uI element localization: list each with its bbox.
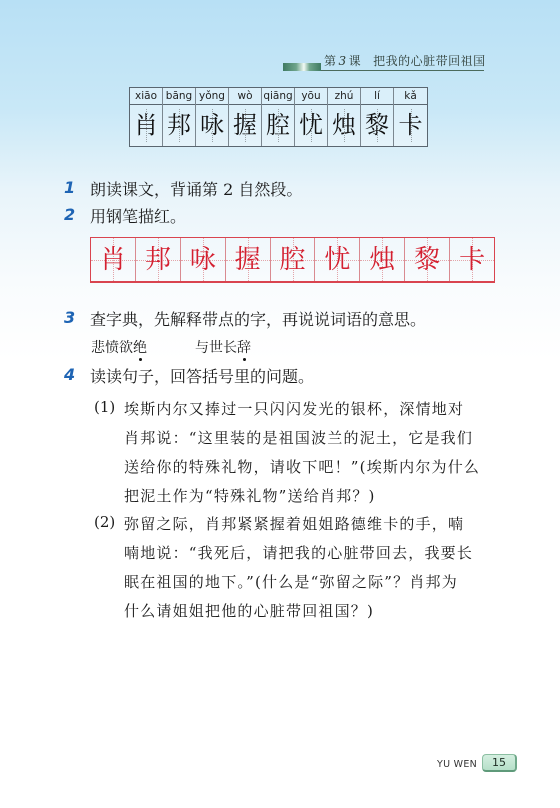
pinyin-text: bāng [163, 88, 195, 105]
pinyin-character-table: xiāo肖 bāng邦 yǒng咏 wò握 qiāng腔 yōu忧 zhú烛 l… [129, 87, 428, 147]
tracing-cell: 黎 [405, 238, 450, 281]
tracing-cell: 烛 [360, 238, 405, 281]
lesson-prefix: 第 [324, 54, 337, 68]
exercise-text-3: 查字典，先解释带点的字，再说说词语的意思。 [90, 307, 426, 330]
tracing-char: 忧 [324, 245, 350, 275]
exercise-number-2: 2 [64, 205, 75, 224]
tracing-cell: 卡 [450, 238, 494, 281]
tracing-char: 卡 [459, 245, 485, 275]
word-2: 与世长辞 [195, 337, 251, 357]
tracing-cell: 邦 [136, 238, 181, 281]
pinyin-text: yōu [295, 88, 327, 105]
pinyin-cell: yōu忧 [295, 88, 328, 146]
word-1-prefix: 悲愤欲 [91, 340, 133, 356]
character-text: 黎 [361, 105, 393, 146]
pinyin-text: yǒng [196, 88, 228, 105]
sub-item-2-line-1: 弥留之际，肖邦紧紧握着姐姐路德维卡的手，喃 [124, 513, 464, 534]
pinyin-text: wò [229, 88, 261, 105]
lesson-header: 第3课把我的心脏带回祖国 [324, 52, 486, 69]
pinyin-cell: qiāng腔 [262, 88, 295, 146]
word-2-dotted-char: 辞 [237, 340, 251, 356]
pinyin-cell: bāng邦 [163, 88, 196, 146]
exercise-number-4: 4 [64, 365, 75, 384]
sub-item-1-line-4: 把泥土作为“特殊礼物”送给肖邦？) [124, 485, 376, 506]
word-1: 悲愤欲绝 [91, 337, 147, 357]
pinyin-cell: zhú烛 [328, 88, 361, 146]
character-text: 腔 [262, 105, 294, 146]
sub-item-1-line-2: 肖邦说：“这里装的是祖国波兰的泥土，它是我们 [124, 427, 473, 448]
sub-item-1-line-1: 埃斯内尔又捧过一只闪闪发光的银杯，深情地对 [124, 398, 464, 419]
character-text: 烛 [328, 105, 360, 146]
lesson-title: 把我的心脏带回祖国 [373, 54, 486, 68]
pinyin-cell: wò握 [229, 88, 262, 146]
pinyin-cell: yǒng咏 [196, 88, 229, 146]
tracing-cell: 咏 [181, 238, 226, 281]
tracing-char: 肖 [100, 245, 126, 275]
sub-item-label-2: (2) [94, 513, 115, 531]
tracing-char: 邦 [145, 245, 171, 275]
pinyin-text: qiāng [262, 88, 294, 105]
pinyin-text: xiāo [130, 88, 162, 105]
tracing-char: 握 [235, 245, 261, 275]
tracing-grid: 肖 邦 咏 握 腔 忧 烛 黎 卡 [90, 237, 495, 283]
word-1-dotted-char: 绝 [133, 340, 147, 356]
word-2-prefix: 与世长 [195, 340, 237, 356]
lesson-number: 3 [339, 54, 347, 68]
character-text: 肖 [130, 105, 162, 146]
header-decorative-bar [283, 63, 321, 71]
pinyin-text: zhú [328, 88, 360, 105]
tracing-cell: 肖 [91, 238, 136, 281]
exercise-text-4: 读读句子，回答括号里的问题。 [90, 364, 314, 387]
sub-item-1-line-3: 送给你的特殊礼物，请收下吧！”(埃斯内尔为什么 [124, 456, 480, 477]
tracing-char: 咏 [190, 245, 216, 275]
sub-item-2-line-4: 什么请姐姐把他的心脏带回祖国？) [124, 600, 374, 621]
exercise-number-1: 1 [64, 178, 75, 197]
sub-item-label-1: (1) [94, 398, 115, 416]
character-text: 咏 [196, 105, 228, 146]
lesson-suffix: 课 [349, 54, 362, 68]
pinyin-cell: kǎ卡 [394, 88, 427, 146]
pinyin-text: lí [361, 88, 393, 105]
pinyin-cell: xiāo肖 [130, 88, 163, 146]
tracing-cell: 握 [226, 238, 271, 281]
header-underline [321, 70, 484, 71]
subject-label: YU WEN [437, 759, 477, 770]
exercise-text-2: 用钢笔描红。 [90, 204, 186, 227]
sub-item-2-line-3: 眠在祖国的地下。”(什么是“弥留之际”？肖邦为 [124, 571, 458, 592]
tracing-cell: 忧 [315, 238, 360, 281]
character-text: 卡 [394, 105, 427, 146]
tracing-cell: 腔 [271, 238, 316, 281]
character-text: 忧 [295, 105, 327, 146]
tracing-char: 烛 [369, 245, 395, 275]
character-text: 邦 [163, 105, 195, 146]
tracing-char: 黎 [414, 245, 440, 275]
sub-item-2-line-2: 喃地说：“我死后，请把我的心脏带回去，我要长 [124, 542, 473, 563]
tracing-char: 腔 [280, 245, 306, 275]
exercise-text-1: 朗读课文，背诵第 2 自然段。 [90, 177, 302, 200]
pinyin-cell: lí黎 [361, 88, 394, 146]
page-number-badge: 15 [482, 754, 517, 772]
character-text: 握 [229, 105, 261, 146]
exercise-number-3: 3 [64, 308, 75, 327]
pinyin-text: kǎ [394, 88, 427, 105]
